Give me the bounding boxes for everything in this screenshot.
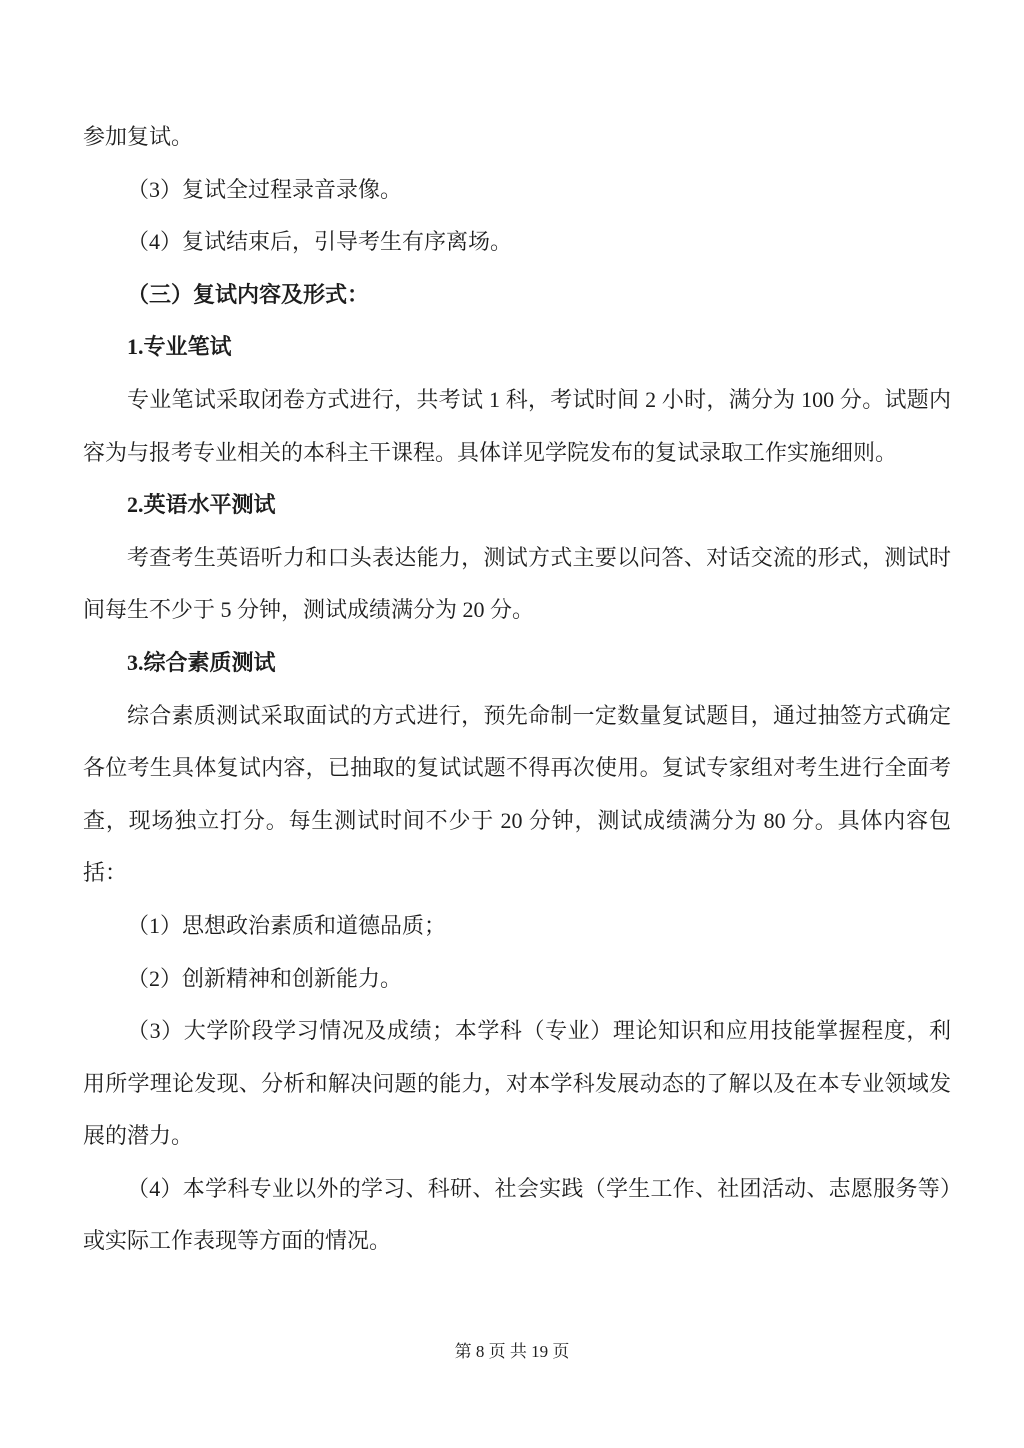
list-item-recording: （3）复试全过程录音录像。 — [83, 164, 951, 217]
document-body: 参加复试。 （3）复试全过程录音录像。 （4）复试结束后，引导考生有序离场。 （… — [83, 111, 951, 1268]
list-item-innovation: （2）创新精神和创新能力。 — [83, 953, 951, 1006]
list-item-academic-performance: （3）大学阶段学习情况及成绩；本学科（专业）理论知识和应用技能掌握程度，利用所学… — [83, 1005, 951, 1163]
list-item-exit: （4）复试结束后，引导考生有序离场。 — [83, 216, 951, 269]
paragraph-english-test: 考查考生英语听力和口头表达能力，测试方式主要以问答、对话交流的形式，测试时间每生… — [83, 532, 951, 637]
heading-comprehensive-test: 3.综合素质测试 — [83, 637, 951, 690]
paragraph-continuation: 参加复试。 — [83, 111, 951, 164]
heading-section-content-and-format: （三）复试内容及形式： — [83, 269, 951, 322]
heading-english-test: 2.英语水平测试 — [83, 479, 951, 532]
list-item-political-quality: （1）思想政治素质和道德品质； — [83, 900, 951, 953]
paragraph-written-test: 专业笔试采取闭卷方式进行，共考试 1 科，考试时间 2 小时，满分为 100 分… — [83, 374, 951, 479]
paragraph-comprehensive-test: 综合素质测试采取面试的方式进行，预先命制一定数量复试题目，通过抽签方式确定各位考… — [83, 690, 951, 900]
heading-written-test: 1.专业笔试 — [83, 321, 951, 374]
page-number-footer: 第 8 页 共 19 页 — [0, 1338, 1024, 1366]
document-page: 参加复试。 （3）复试全过程录音录像。 （4）复试结束后，引导考生有序离场。 （… — [0, 0, 1024, 1448]
list-item-extracurricular: （4）本学科专业以外的学习、科研、社会实践（学生工作、社团活动、志愿服务等）或实… — [83, 1163, 951, 1268]
